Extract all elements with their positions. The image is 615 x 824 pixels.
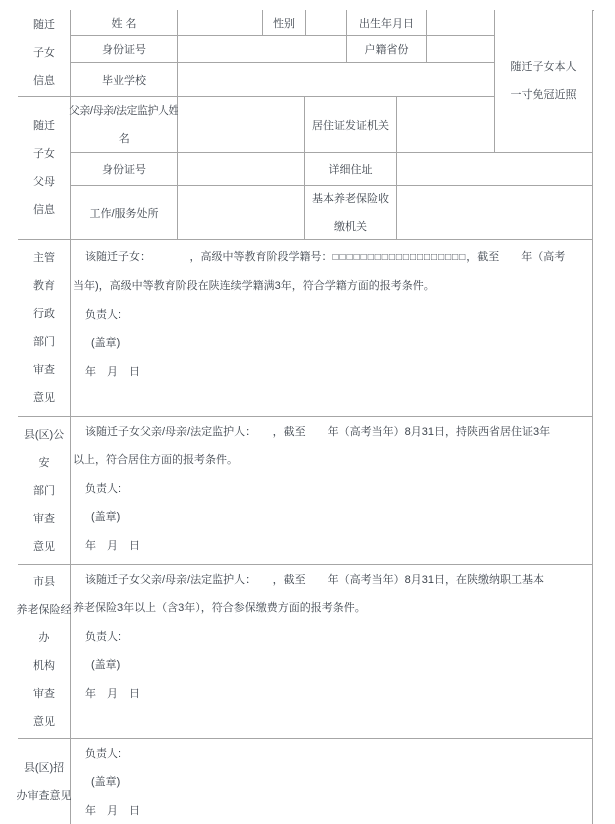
residence-permit-issuer-label: 居住证发证机关 <box>305 97 397 153</box>
guardian-name-field <box>178 97 305 153</box>
section6-side-label: 县(区)招 办审查意见 <box>18 739 71 824</box>
address-label: 详细住址 <box>305 153 397 186</box>
side-label-line: 行政 <box>33 300 55 328</box>
pension-agency-label-line: 缴机关 <box>334 213 367 241</box>
gender-label: 性别 <box>263 10 306 36</box>
child-name-label: 姓 名 <box>71 10 178 36</box>
person-in-charge-line: 负责人: <box>73 475 590 503</box>
birthdate-field <box>427 10 495 36</box>
workplace-field <box>178 186 305 240</box>
side-label-line: 审查 <box>33 356 55 384</box>
section4-opinion-cell: 该随迁子女父亲/母亲/法定监护人： ，截至 年（高考当年）8月31日，持陕西省居… <box>71 417 593 565</box>
province-label: 户籍省份 <box>347 36 427 63</box>
person-in-charge-line: 负责人: <box>73 301 590 329</box>
side-label-line: 机构 <box>33 652 55 680</box>
form-page: 随迁 子女 信息 姓 名 性别 出生年月日 随迁子女本人 一寸免冠近照 身份证号… <box>0 0 615 824</box>
side-label-line: 养老保险经 <box>17 596 72 624</box>
statement-line: 以上，符合居住方面的报考条件。 <box>73 446 590 474</box>
section5-side-label: 市县 养老保险经 办 机构 审查 意见 <box>18 565 71 739</box>
side-label-line: 意见 <box>33 708 55 736</box>
photo-note-line: 随迁子女本人 <box>511 53 577 81</box>
side-label-line: 信息 <box>33 196 55 224</box>
section2-side-label: 随迁 子女 父母 信息 <box>18 97 71 240</box>
statement-text: 该随迁子女： ，高级中等教育阶段学籍号： <box>85 251 333 263</box>
photo-note-line: 一寸免冠近照 <box>511 81 577 109</box>
section6-opinion-cell: 负责人: (盖章) 年 月 日 <box>71 739 593 824</box>
side-label-line: 部门 <box>33 477 55 505</box>
pension-agency-field <box>397 186 593 240</box>
side-label-line: 县(区)公 <box>24 421 64 449</box>
province-field <box>427 36 495 63</box>
side-label-line: 审查 <box>33 680 55 708</box>
statement-line: 养老保险3年以上（含3年），符合参保缴费方面的报考条件。 <box>73 594 590 622</box>
side-label-line: 子女 <box>33 39 55 67</box>
photo-box: 随迁子女本人 一寸免冠近照 <box>495 10 593 153</box>
side-label-line: 安 <box>39 449 50 477</box>
side-label-line: 父母 <box>33 168 55 196</box>
date-line: 年 月 日 <box>73 532 590 560</box>
statement-line: 该随迁子女： ，高级中等教育阶段学籍号：□□□□□□□□□□□□□□□□□□□，… <box>73 243 590 272</box>
student-number-boxes: □□□□□□□□□□□□□□□□□□□ <box>333 252 467 263</box>
seal-line: (盖章) <box>73 329 590 357</box>
side-label-line: 部门 <box>33 328 55 356</box>
school-label: 毕业学校 <box>71 63 178 97</box>
child-id-label: 身份证号 <box>71 36 178 63</box>
child-name-field <box>178 10 263 36</box>
side-label-line: 办 <box>39 624 50 652</box>
person-in-charge-line: 负责人: <box>73 740 590 768</box>
guardian-id-field <box>178 153 305 186</box>
section3-opinion-cell: 该随迁子女： ，高级中等教育阶段学籍号：□□□□□□□□□□□□□□□□□□□，… <box>71 240 593 417</box>
side-label-line: 教育 <box>33 272 55 300</box>
statement-line: 当年)，高级中等教育阶段在陕连续学籍满3年，符合学籍方面的报考条件。 <box>73 272 590 300</box>
side-label-line: 审查 <box>33 505 55 533</box>
address-field <box>397 153 593 186</box>
statement-text: ，截至 年（高考 <box>466 251 565 263</box>
seal-line: (盖章) <box>73 768 590 796</box>
section5-opinion-cell: 该随迁子女父亲/母亲/法定监护人： ，截至 年（高考当年）8月31日，在陕缴纳职… <box>71 565 593 739</box>
side-label-line: 子女 <box>33 140 55 168</box>
date-line: 年 月 日 <box>73 797 590 824</box>
date-line: 年 月 日 <box>73 358 590 386</box>
section4-side-label: 县(区)公 安 部门 审查 意见 <box>18 417 71 565</box>
section1-side-label: 随迁 子女 信息 <box>18 10 71 97</box>
side-label-line: 办审查意见 <box>17 782 72 810</box>
statement-line: 该随迁子女父亲/母亲/法定监护人： ，截至 年（高考当年）8月31日，持陕西省居… <box>73 418 590 446</box>
seal-line: (盖章) <box>73 651 590 679</box>
pension-agency-label-line: 基本养老保险收 <box>312 185 389 213</box>
side-label-line: 随迁 <box>33 11 55 39</box>
statement-line: 该随迁子女父亲/母亲/法定监护人： ，截至 年（高考当年）8月31日，在陕缴纳职… <box>73 566 590 594</box>
date-line: 年 月 日 <box>73 680 590 708</box>
side-label-line: 信息 <box>33 67 55 95</box>
guardian-id-label: 身份证号 <box>71 153 178 186</box>
residence-permit-issuer-field <box>397 97 495 153</box>
pension-agency-label: 基本养老保险收 缴机关 <box>305 186 397 240</box>
seal-line: (盖章) <box>73 503 590 531</box>
child-id-field <box>178 36 347 63</box>
side-label-line: 意见 <box>33 384 55 412</box>
side-label-line: 市县 <box>33 568 55 596</box>
gender-field <box>306 10 347 36</box>
section3-side-label: 主管 教育 行政 部门 审查 意见 <box>18 240 71 417</box>
guardian-name-label-line: 父亲/母亲/法定监护人姓 <box>69 97 179 125</box>
workplace-label: 工作/服务处所 <box>71 186 178 240</box>
guardian-name-label-line: 名 <box>119 125 130 153</box>
side-label-line: 随迁 <box>33 112 55 140</box>
birthdate-label: 出生年月日 <box>347 10 427 36</box>
school-field <box>178 63 495 97</box>
side-label-line: 主管 <box>33 244 55 272</box>
side-label-line: 意见 <box>33 533 55 561</box>
side-label-line: 县(区)招 <box>24 754 64 782</box>
guardian-name-label: 父亲/母亲/法定监护人姓 名 <box>71 97 178 153</box>
person-in-charge-line: 负责人: <box>73 623 590 651</box>
